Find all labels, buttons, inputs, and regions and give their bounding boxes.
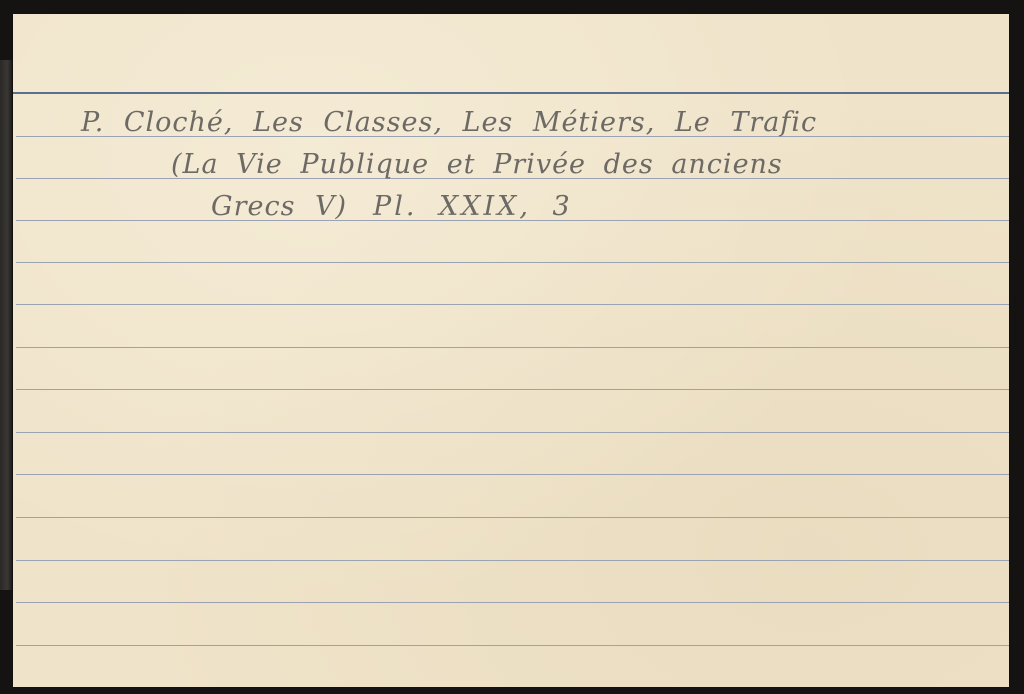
header-rule <box>13 92 1009 94</box>
citation-line-author-title: P. Cloché, Les Classes, Les Métiers, Le … <box>81 107 817 138</box>
index-card: P. Cloché, Les Classes, Les Métiers, Le … <box>13 14 1009 687</box>
ruled-line <box>16 517 1009 518</box>
plate-reference: Pl. XXIX, 3 <box>373 191 573 222</box>
scan-background-edge <box>0 60 12 590</box>
ruled-line <box>16 645 1009 646</box>
series-volume: Grecs V) <box>211 191 347 222</box>
ruled-line <box>16 602 1009 603</box>
citation-line-volume: Grecs V)Pl. XXIX, 3 <box>211 191 573 222</box>
ruled-line <box>16 560 1009 561</box>
ruled-line <box>16 432 1009 433</box>
ruled-line <box>16 389 1009 390</box>
citation-line-series: (La Vie Publique et Privée des anciens <box>171 149 783 180</box>
ruled-line <box>16 262 1009 263</box>
ruled-line <box>16 304 1009 305</box>
ruled-line <box>16 347 1009 348</box>
ruled-line <box>16 474 1009 475</box>
